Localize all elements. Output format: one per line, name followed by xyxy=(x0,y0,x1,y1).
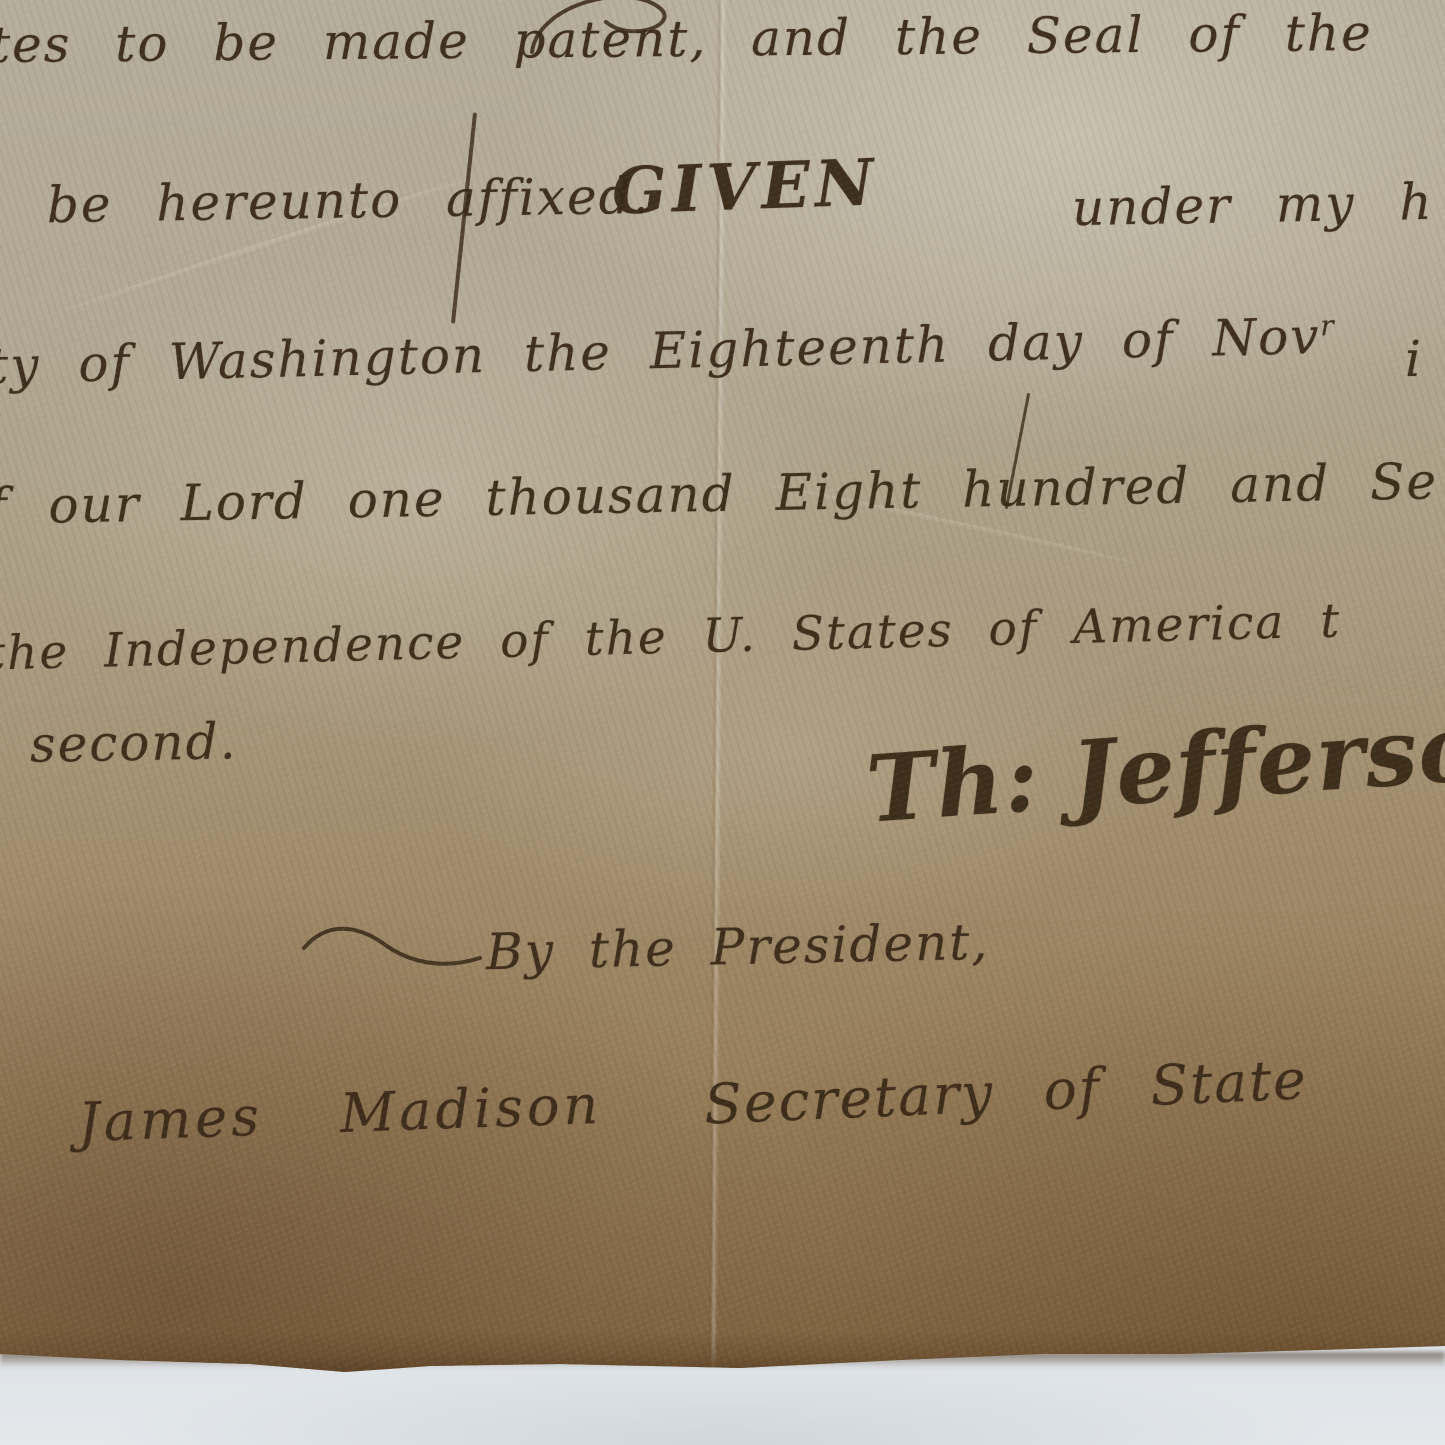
pen-flourish xyxy=(298,918,488,978)
document-line-3: ty of Washington the Eighteenth day of N… xyxy=(0,307,1337,396)
document-line-3-tail: i xyxy=(1405,330,1423,388)
document-photo: tes to be made patent, and the Seal of t… xyxy=(0,0,1445,1445)
secretary-title: Secretary of State xyxy=(703,1047,1309,1136)
document-line-6: second. xyxy=(30,712,238,774)
given-word: GIVEN xyxy=(611,145,880,229)
document-line-1: tes to be made patent, and the Seal of t… xyxy=(0,4,1373,74)
document-line-2-right: under my h xyxy=(1072,173,1435,237)
president-byline: By the President, xyxy=(485,913,989,982)
madison-signature: James Madison xyxy=(77,1073,603,1154)
document-line-5: the Independence of the U. States of Ame… xyxy=(0,593,1342,681)
line-3-text: ty of Washington the Eighteenth day of N… xyxy=(0,307,1321,395)
nov-superscript: r xyxy=(1320,309,1336,342)
manuscript-paper: tes to be made patent, and the Seal of t… xyxy=(0,0,1445,1374)
jefferson-signature: Th: Jefferson xyxy=(863,688,1445,843)
document-line-2-left: - be hereunto affixed. xyxy=(0,167,651,235)
